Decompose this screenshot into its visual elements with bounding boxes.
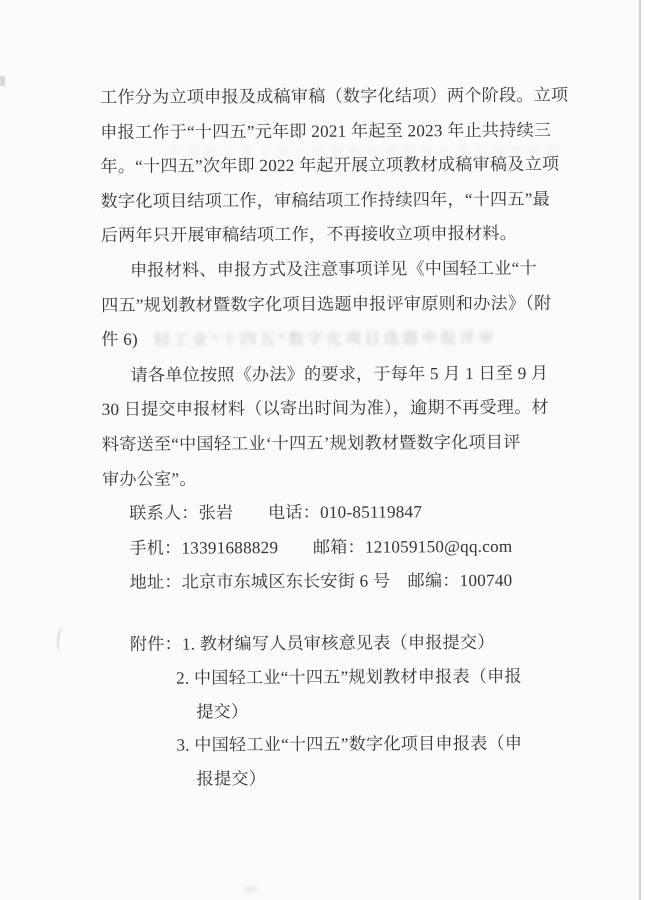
text-line: 数字化项目结项工作，审稿结项工作持续四年，“十四五”最 <box>101 182 571 219</box>
text-line: 申报工作于“十四五”元年即 2021 年起至 2023 年止共持续三 <box>100 113 570 150</box>
attachment-item-2-continuation: 提交） <box>196 693 573 729</box>
scanner-right-gutter <box>641 0 645 900</box>
paragraph-application-materials: 申报材料、申报方式及注意事项详见《中国轻工业“十 四五”规划教材暨数字化项目选题… <box>101 252 572 359</box>
text-line-with-bleed: 件 6)轻工业“十四五”数字化项目选题申报评审 <box>101 321 571 359</box>
contact-info-block: 联系人：张岩 电话：010-85119847 手机：13391688829 邮箱… <box>129 495 573 601</box>
scan-mark-left-margin <box>56 626 70 652</box>
attachments-list: 附件： 1. 教材编写人员审核意见表（申报提交） 2. 中国轻工业“十四五”规划… <box>103 625 574 796</box>
text-line: 后两年只开展审稿结项工作，不再接收立项申报材料。 <box>101 217 571 254</box>
text-line: 料寄送至“中国轻工业‘十四五’规划教材暨数字化项目评 <box>102 425 572 462</box>
scan-speck-bottom <box>244 886 258 893</box>
text-line: 请各单位按照《办法》的要求，于每年 5 月 1 日至 9 月 <box>101 356 571 393</box>
paragraph-project-phases: 工作分为立项申报及成稿审稿（数字化结项）两个阶段。立项 申报工作于“十四五”元年… <box>100 79 571 254</box>
text-line: 30 日提交申报材料（以寄出时间为准），逾期不再受理。材 <box>102 391 572 428</box>
attachments-label: 附件： <box>130 627 182 661</box>
attachment-item-2: 2. 中国轻工业“十四五”规划教材申报表（申报 <box>176 659 573 695</box>
contact-address-zip: 地址：北京市东城区东长安街 6 号 邮编：100740 <box>130 564 573 601</box>
paragraph-submission-deadline: 请各单位按照《办法》的要求，于每年 5 月 1 日至 9 月 30 日提交申报材… <box>101 356 572 497</box>
text-line: 申报材料、申报方式及注意事项详见《中国轻工业“十 <box>101 252 571 289</box>
scan-speck-left-edge <box>0 76 5 86</box>
bleed-through-text: 轻工业“十四五”数字化项目选题申报评审 <box>154 323 497 358</box>
scanned-document-page: 中国轻工业十四五规划教材暨数字化项目选题申报 工作分为立项申报及成稿审稿（数字化… <box>0 0 645 900</box>
attachment-item-3-continuation: 报提交） <box>197 761 574 797</box>
text-line: 工作分为立项申报及成稿审稿（数字化结项）两个阶段。立项 <box>100 79 570 116</box>
attachment-item-3: 3. 中国轻工业“十四五”数字化项目申报表（申 <box>176 727 573 763</box>
attachment-1-text: 1. 教材编写人员审核意见表（申报提交） <box>182 626 495 661</box>
attachment-item-1: 附件： 1. 教材编写人员审核意见表（申报提交） <box>103 625 573 661</box>
contact-mobile-email: 手机：13391688829 邮箱：121059150@qq.com <box>129 529 572 566</box>
text-line: 年。“十四五”次年即 2022 年起开展立项教材成稿审稿及立项 <box>100 148 570 185</box>
document-text-body: 工作分为立项申报及成稿审稿（数字化结项）两个阶段。立项 申报工作于“十四五”元年… <box>100 79 574 797</box>
text-line: 审办公室”。 <box>102 460 572 497</box>
contact-person-phone: 联系人：张岩 电话：010-85119847 <box>129 495 572 532</box>
text-line: 四五”规划教材暨数字化项目选题申报评审原则和办法》（附 <box>101 286 571 323</box>
text-fragment: 件 6) <box>101 330 138 349</box>
